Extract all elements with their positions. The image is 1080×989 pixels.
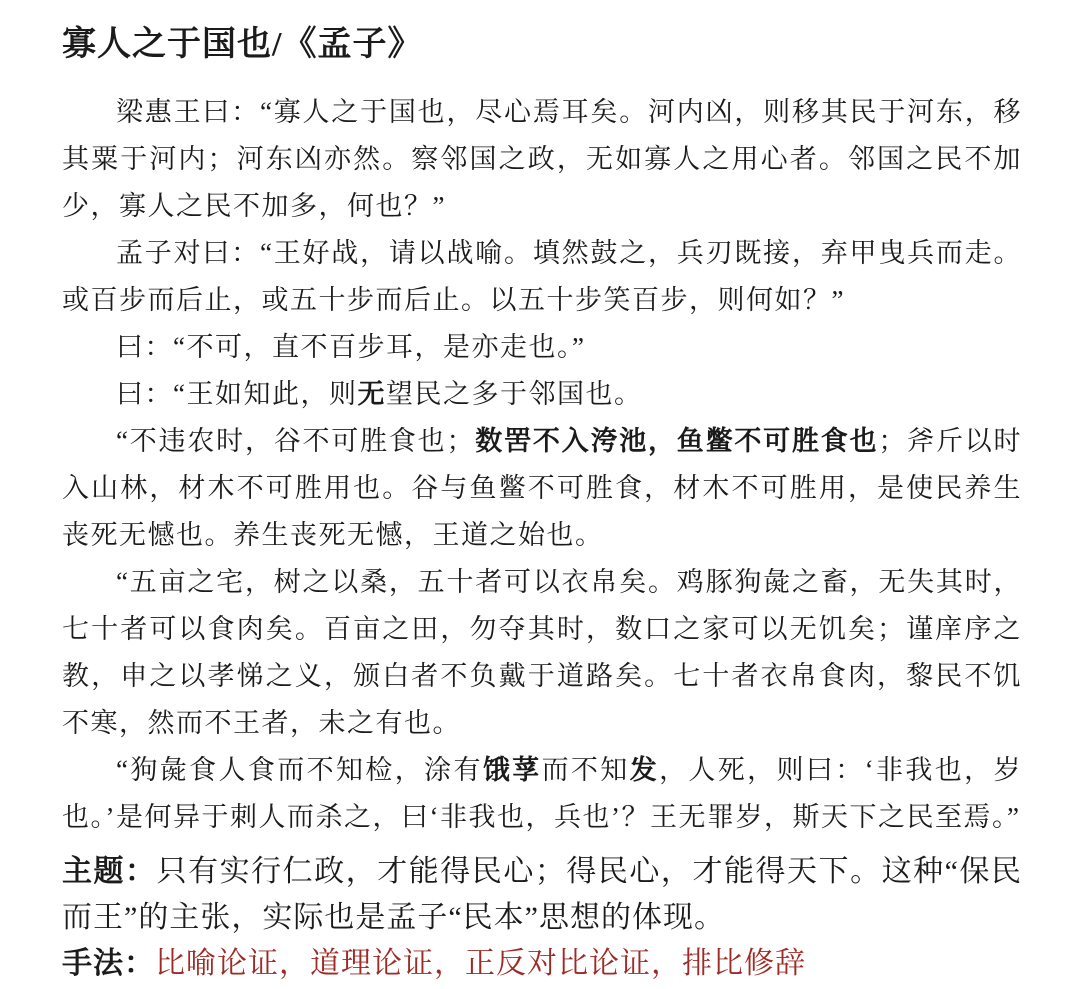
text-run: 而不知 (542, 755, 630, 785)
text-run: 曰：“王如知此，则 (116, 379, 357, 409)
paragraph-technique: 手法：比喻论证，道理论证，正反对比论证，排比修辞 (62, 941, 1022, 987)
text-run: “狗彘食人食而不知检，涂有 (116, 755, 483, 785)
paragraph-gou-zhi-shi-ren-shi: “狗彘食人食而不知检，涂有饿莩而不知发，人死，则曰：‘非我也，岁也。’是何异于刺… (62, 747, 1022, 841)
text-run: 梁惠王曰：“寡人之于国也，尽心焉耳矣。河内凶，则移其民于河东，移其粟于河内；河东… (62, 97, 1022, 221)
emphasis-bold-text: 发 (630, 755, 659, 785)
text-run: 只有实行仁政，才能得民心；得民心，才能得天下。这种“保民而王”的主张，实际也是孟… (62, 855, 1022, 934)
emphasis-bold-text: 数罟不入洿池，鱼鳖不可胜食也 (475, 426, 878, 456)
paragraph-mengzi-reply: 孟子对曰：“王好战，请以战喻。填然鼓之，兵刃既接，弃甲曳兵而走。或百步而后止，或… (62, 230, 1022, 324)
paragraph-wu-mu-zhi-zhai: “五亩之宅，树之以桑，五十者可以衣帛矣。鸡豚狗彘之畜，无失其时，七十者可以食肉矣… (62, 559, 1022, 747)
paragraph-buke: 曰：“不可，直不百步耳，是亦走也。” (62, 324, 1022, 371)
paragraph-bu-wei-nong-shi: “不违农时，谷不可胜食也；数罟不入洿池，鱼鳖不可胜食也；斧斤以时入山林，材木不可… (62, 418, 1022, 559)
emphasis-bold-text: 饿莩 (483, 755, 542, 785)
paragraph-theme: 主题：只有实行仁政，才能得民心；得民心，才能得天下。这种“保民而王”的主张，实际… (62, 849, 1022, 941)
summary-label: 手法： (62, 947, 155, 980)
text-run: 孟子对曰：“王好战，请以战喻。填然鼓之，兵刃既接，弃甲曳兵而走。或百步而后止，或… (62, 238, 1022, 315)
text-run: “五亩之宅，树之以桑，五十者可以衣帛矣。鸡豚狗彘之畜，无失其时，七十者可以食肉矣… (62, 567, 1022, 738)
article-body: 梁惠王曰：“寡人之于国也，尽心焉耳矣。河内凶，则移其民于河东，移其粟于河内；河东… (62, 89, 1022, 987)
text-run: 望民之多于邻国也。 (386, 379, 643, 409)
emphasis-bold-text: 无 (357, 379, 386, 409)
paragraph-wang-ru-zhi-ci: 曰：“王如知此，则无望民之多于邻国也。 (62, 371, 1022, 418)
text-run: “不违农时，谷不可胜食也； (116, 426, 475, 456)
paragraph-liang-hui-wang: 梁惠王曰：“寡人之于国也，尽心焉耳矣。河内凶，则移其民于河东，移其粟于河内；河东… (62, 89, 1022, 230)
summary-label: 主题： (62, 855, 157, 888)
text-run: 曰：“不可，直不百步耳，是亦走也。” (116, 332, 585, 362)
technique-red-text: 比喻论证，道理论证，正反对比论证，排比修辞 (155, 947, 806, 980)
document-title: 寡人之于国也/《孟子》 (62, 24, 1022, 67)
document-page: 寡人之于国也/《孟子》 梁惠王曰：“寡人之于国也，尽心焉耳矣。河内凶，则移其民于… (0, 0, 1080, 989)
